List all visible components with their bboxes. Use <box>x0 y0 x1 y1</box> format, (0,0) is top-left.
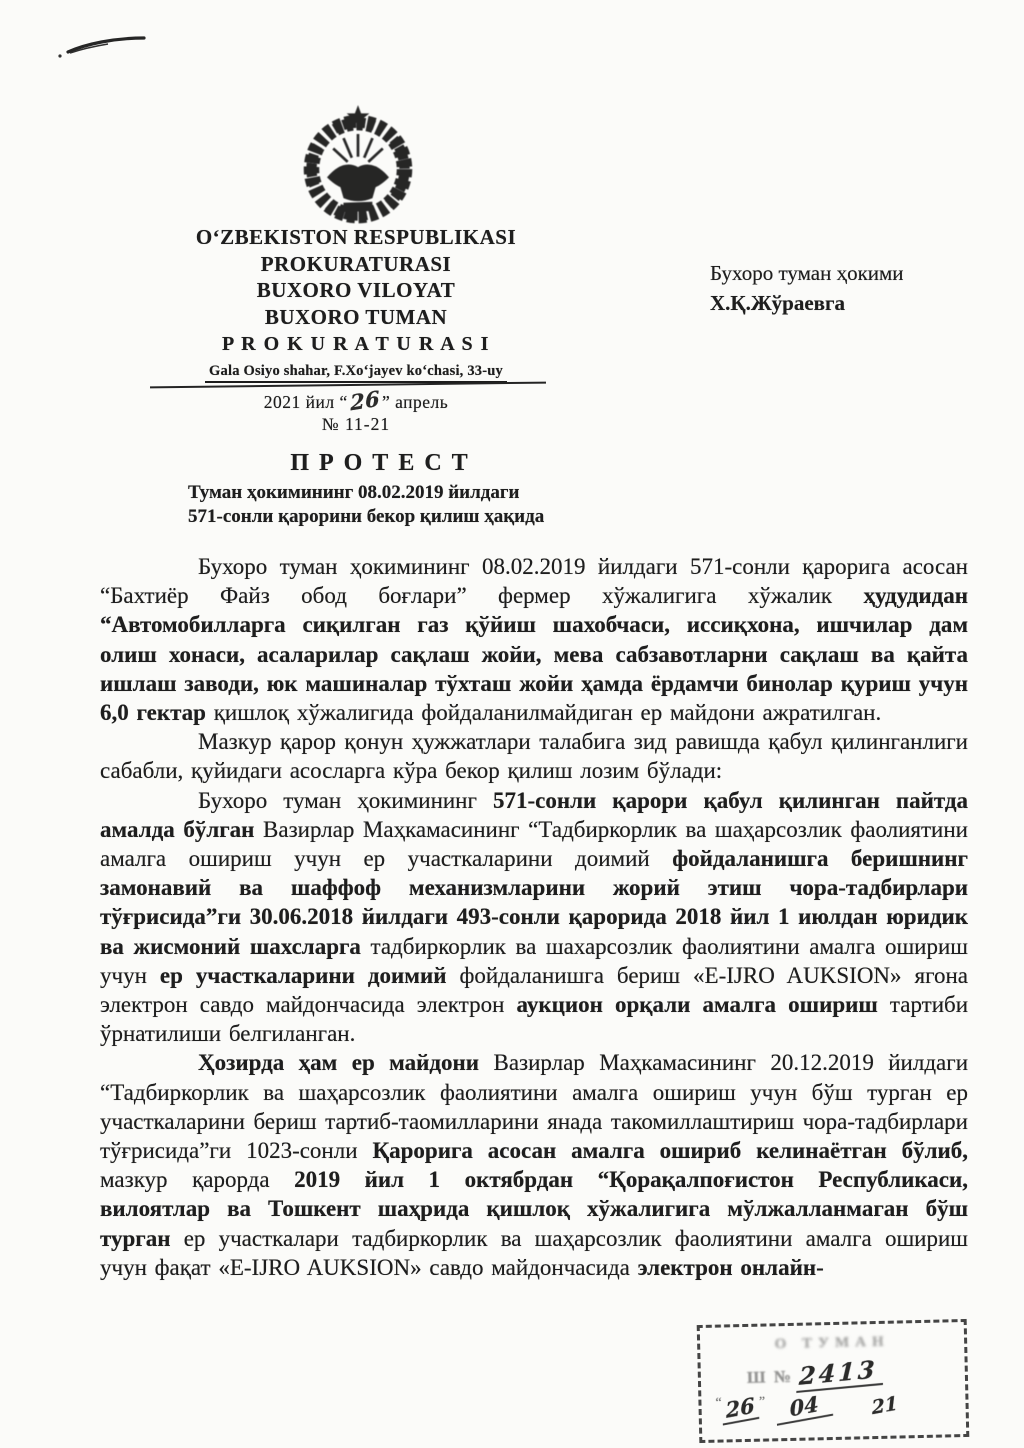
addressee-name: Х.Қ.Жўраевга <box>710 288 980 318</box>
stamp-date-row: “26” 04 21 <box>701 1390 966 1423</box>
subtitle-line: Туман ҳокимининг 08.02.2019 йилдаги <box>188 481 660 505</box>
text-segment: Бухоро туман ҳокимининг 08.02.2019 йилда… <box>100 554 968 608</box>
text-segment: ер участкаларини доимий <box>160 963 460 988</box>
org-name-line: BUXORO VILOYAT <box>138 277 574 304</box>
text-segment: мазкур қарорда <box>100 1167 294 1192</box>
org-name-line: P R O K U R A T U R A S I <box>138 330 574 358</box>
text-segment: Мазкур қарор қонун ҳужжатлари талабига з… <box>100 729 968 783</box>
date-prefix: 2021 йил “ <box>264 392 348 412</box>
org-name-line: PROKURATURASI <box>138 251 574 278</box>
registration-stamp: О ТУМАН Ш № 2413 “26” 04 21 <box>697 1319 970 1443</box>
paragraph: Бухоро туман ҳокимининг 08.02.2019 йилда… <box>100 552 968 727</box>
handwritten-stamp-day: 26 <box>721 1392 760 1426</box>
letterhead-address: Gala Osiyo shahar, F.Xo‘jayev ko‘chasi, … <box>205 361 507 383</box>
paragraph: Бухоро туман ҳокимининг 571-сонли қарори… <box>100 786 968 1049</box>
handwritten-stamp-year: 21 <box>871 1392 899 1419</box>
document-number: № 11-21 <box>138 414 574 435</box>
addressee-block: Бухоро туман ҳокими Х.Қ.Жўраевга <box>710 258 980 318</box>
document-date: 2021 йил “26” апрель <box>138 388 574 413</box>
scanned-document-page: O‘ZBEKISTON RESPUBLIKASI PROKURATURASI B… <box>0 0 1024 1448</box>
pen-stroke-artifact <box>56 26 152 62</box>
text-segment: электрон онлайн- <box>638 1255 824 1280</box>
uzbekistan-state-emblem-icon <box>296 102 420 228</box>
paragraph: Мазкур қарор қонун ҳужжатлари талабига з… <box>100 727 968 785</box>
document-title: П Р О Т Е С Т <box>100 450 660 477</box>
addressee-position: Бухоро туман ҳокими <box>710 258 980 288</box>
text-segment: аукцион орқали амалга ошириш <box>517 992 890 1017</box>
stamp-quote-mark: ” <box>759 1395 766 1410</box>
letterhead: O‘ZBEKISTON RESPUBLIKASI PROKURATURASI B… <box>138 224 574 435</box>
document-subtitle: Туман ҳокимининг 08.02.2019 йилдаги 571-… <box>100 481 660 528</box>
date-suffix: ” апрель <box>382 392 448 412</box>
org-name-line: O‘ZBEKISTON RESPUBLIKASI <box>138 224 574 251</box>
paragraph: Ҳозирда ҳам ер майдони Вазирлар Маҳкамас… <box>100 1048 968 1282</box>
org-name-line: BUXORO TUMAN <box>138 304 574 331</box>
stamp-number-label: Ш № <box>747 1367 793 1387</box>
handwritten-stamp-month: 04 <box>775 1389 833 1426</box>
text-segment: Қарорига асосан амалга ошириб келинаётга… <box>372 1138 968 1163</box>
stamp-header-fragment: О ТУМАН <box>700 1332 964 1355</box>
text-segment: Ҳозирда ҳам ер майдони <box>198 1050 493 1075</box>
handwritten-day: 26 <box>349 386 380 416</box>
stamp-number-row: Ш № 2413 <box>701 1355 966 1392</box>
document-body: Бухоро туман ҳокимининг 08.02.2019 йилда… <box>100 552 968 1282</box>
text-segment: ер участкалари тадбиркорлик ва шаҳарсозл… <box>100 1226 968 1280</box>
text-segment: қишлоқ хўжалигида фойдаланилмайдиган ер … <box>214 700 882 725</box>
text-segment: Бухоро туман ҳокимининг <box>198 788 493 813</box>
handwritten-registration-number: 2413 <box>797 1354 885 1393</box>
title-block: П Р О Т Е С Т Туман ҳокимининг 08.02.201… <box>100 450 660 528</box>
subtitle-line: 571-сонли қарорини бекор қилиш ҳақида <box>188 505 660 529</box>
